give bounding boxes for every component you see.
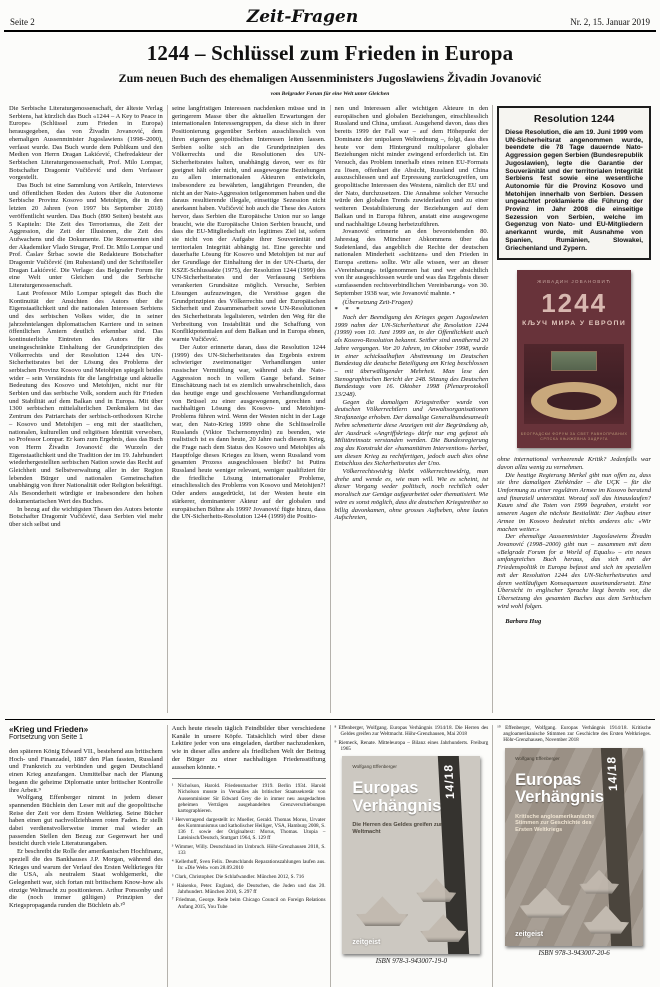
newspaper-page: Seite 2 Zeit-Fragen Nr. 2, 15. Januar 20…: [0, 0, 660, 987]
article-byline: vom Belgrader Forum für eine Welt unter …: [30, 91, 630, 97]
book-cover-europas-verhaengnis-2: 14/18 Wolfgang Effenberger Europas Verhä…: [505, 748, 643, 946]
paragraph: Jovanović erinnerte an den bevorstehende…: [335, 228, 489, 297]
paragraph: Gegen die damaligen Kriegstreiber wurde …: [335, 399, 489, 468]
paragraph: seine langfristigen Interessen nachdenke…: [172, 105, 326, 344]
cover-author: Wolfgang Effenberger: [515, 756, 560, 761]
footnote: ¹⁰ Effenberger, Wolfgang. Europas Verhän…: [497, 725, 651, 744]
book-subtitle: КЉУЧ МИРА У ЕВРОПИ: [517, 320, 631, 327]
footnote: ⁷ Friedman, George. Rede beim Chicago Co…: [172, 897, 326, 909]
cover-title: Europas Verhängnis: [352, 780, 447, 815]
cover-author: Wolfgang Effenberger: [352, 764, 397, 769]
paragraph: Das Buch ist eine Sammlung von Artikeln,…: [9, 182, 163, 290]
paragraph: Auch heute rieseln täglich Feindbilder ü…: [172, 725, 326, 771]
page-header: Seite 2 Zeit-Fragen Nr. 2, 15. Januar 20…: [4, 0, 656, 32]
money-boat-photo: [356, 896, 408, 926]
column-1: Die Serbische Literaturgenossenschaft, d…: [5, 105, 167, 713]
book-cover-europas-verhaengnis-1: 14/18 Wolfgang Effenberger Europas Verhä…: [342, 756, 480, 954]
footnote: ⁵ Clark, Christopher. Die Schlafwandler.…: [172, 874, 326, 880]
page-number-label: Seite 2: [10, 17, 35, 27]
bottom-column-4: ¹⁰ Effenberger, Wolfgang. Europas Verhän…: [492, 725, 655, 987]
paragraph: den späteren König Edward VII., bestehen…: [9, 748, 163, 794]
book-publishers: БЕОГРАДСКИ ФОРУМ ЗА СВЕТ РАВНОПРАВНИХ СР…: [517, 432, 631, 442]
bottom-column-3: ⁸ Effenberger, Wolfgang. Europas Verhäng…: [330, 725, 493, 987]
article-subtitle: Zum neuen Buch des ehemaligen Aussenmini…: [30, 71, 630, 86]
bottom-columns: «Krieg und Frieden» Fortsetzung von Seit…: [5, 725, 655, 987]
publisher-logo: zeitgeist: [352, 939, 380, 946]
section-divider: [5, 719, 655, 720]
infobox-title: Resolution 1244: [505, 113, 643, 125]
cover-title: Europas Verhängnis: [515, 772, 610, 807]
column-2: seine langfristigen Interessen nachdenke…: [167, 105, 330, 713]
publisher-line: СРПСКА КЊИЖЕВНА ЗАДРУГА: [517, 437, 631, 442]
book-author: ЖИВАДИН ЈОВАНОВИЋ: [517, 270, 631, 284]
paragraph: Er beschreibt die Rolle der amerikanisch…: [9, 848, 163, 910]
security-council-photo: [524, 344, 624, 424]
footnote: ² Hervorragend dargestellt in: Mueller, …: [172, 817, 326, 842]
issue-date-label: Nr. 2, 15. Januar 2019: [570, 17, 650, 27]
paragraph: Wolfgang Effenberger nimmt in jedem dies…: [9, 794, 163, 848]
paragraph: Der Autor erinnerte daran, dass die Reso…: [172, 344, 326, 521]
author-signature: Barbara Hug: [497, 618, 651, 626]
paragraph: Die heutige Regierung Merkel gibt nun of…: [497, 472, 651, 534]
paragraph: Laut Professor Milo Lompar spiegelt das …: [9, 290, 163, 506]
column-3: nen und Interessen aller wichtigen Akteu…: [330, 105, 493, 713]
article-columns: Die Serbische Literaturgenossenschaft, d…: [5, 105, 655, 713]
book-title-number: 1244: [517, 290, 631, 317]
chamber-table: [531, 382, 617, 420]
footnote: ⁴ Kellerhoff, Sven Felix. Deutschlands R…: [172, 859, 326, 871]
footnote: ⁸ Effenberger, Wolfgang. Europas Verhäng…: [335, 725, 489, 737]
book-cover-1244: ЖИВАДИН ЈОВАНОВИЋ 1244 КЉУЧ МИРА У ЕВРОП…: [517, 270, 631, 448]
paragraph: ohne international verheerende Kritik? J…: [497, 456, 651, 471]
continuation-subheading: Fortsetzung von Seite 1: [9, 734, 163, 741]
paragraph: nen und Interessen aller wichtigen Akteu…: [335, 105, 489, 228]
paragraph: Nach der Beendigung des Krieges gegen Ju…: [335, 314, 489, 399]
footnote: ⁶ Haisenko, Peter. England, die Deutsche…: [172, 883, 326, 895]
paragraph: Die Serbische Literaturgenossenschaft, d…: [9, 105, 163, 182]
footnote: ³ Wimmer, Willy. Deutschland im Umbruch.…: [172, 844, 326, 856]
continuation-heading: «Krieg und Frieden»: [9, 725, 163, 734]
footnote-list: ¹ Nicholson, Harold. Friedensmacher 1919…: [172, 778, 326, 910]
section-separator: * * *: [335, 306, 489, 314]
column-4: Resolution 1244 Diese Resolution, die am…: [492, 105, 655, 713]
money-boat-photo: [519, 888, 571, 918]
footnote: ⁹ Riemeck, Renate. Mitteleuropa – Bilanz…: [335, 740, 489, 752]
paragraph: Der ehemalige Aussenminister Jugoslawien…: [497, 533, 651, 610]
article-title: 1244 – Schlüssel zum Frieden in Europa: [30, 41, 630, 66]
isbn-caption: ISBN 978-3-943007-19-0: [335, 957, 489, 965]
paragraph: Völkerrechtswidrig bleibt völkerrechtswi…: [335, 468, 489, 522]
resolution-1244-infobox: Resolution 1244 Diese Resolution, die am…: [497, 106, 651, 260]
cover-subtitle: Kritische angloamerikanische Stimmen zur…: [515, 814, 607, 834]
bottom-column-2: Auch heute rieseln täglich Feindbilder ü…: [167, 725, 330, 987]
cover-subtitle: Die Herren des Geldes greifen zur Weltma…: [352, 822, 444, 836]
bottom-column-1: «Krieg und Frieden» Fortsetzung von Seit…: [5, 725, 167, 987]
chamber-mural: [551, 351, 597, 371]
translator-credit: (Übersetzung Zeit-Fragen): [335, 299, 489, 307]
isbn-caption: ISBN 978-3-943007-20-6: [497, 949, 651, 957]
infobox-body: Diese Resolution, die am 19. Juni 1999 v…: [505, 129, 643, 252]
headline-block: 1244 – Schlüssel zum Frieden in Europa Z…: [0, 32, 660, 99]
masthead: Zeit-Fragen: [247, 7, 358, 27]
publisher-logo: zeitgeist: [515, 931, 543, 938]
paragraph: In bezug auf die wichtigsten Thesen des …: [9, 506, 163, 529]
footnote: ¹ Nicholson, Harold. Friedensmacher 1919…: [172, 783, 326, 814]
